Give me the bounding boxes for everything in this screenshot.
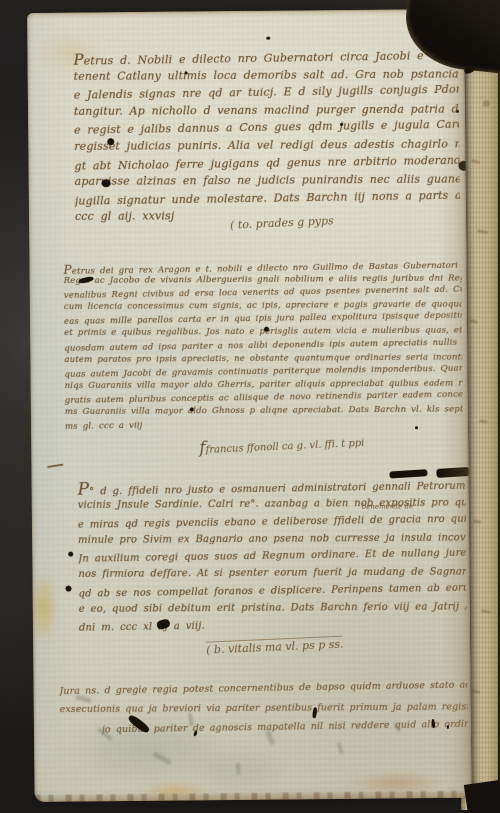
ink-blot bbox=[415, 426, 418, 429]
ink-blot bbox=[456, 110, 459, 113]
entry-3-text: P° d g. ffideli nro justo e osmanueri ad… bbox=[77, 477, 466, 636]
worn-bottom-edge bbox=[35, 791, 472, 802]
show-through-mark bbox=[337, 742, 344, 755]
show-through-mark bbox=[472, 689, 480, 694]
ink-blot bbox=[102, 179, 111, 187]
chancery-subscription-3: ( b. vitalis ma vl. ps p ss. bbox=[206, 636, 344, 657]
interlinear-insertion: benemerite de bbox=[362, 502, 414, 510]
show-through-mark bbox=[152, 751, 172, 765]
ink-blot bbox=[185, 71, 188, 74]
show-through-mark bbox=[479, 420, 488, 424]
binding-cover-bottom-corner bbox=[464, 779, 500, 813]
show-through-mark bbox=[477, 229, 488, 234]
show-through-mark bbox=[481, 609, 491, 614]
show-through-mark bbox=[483, 100, 490, 107]
manuscript-page: Petrus d. Nobili e dilecto nro Gubernato… bbox=[27, 9, 472, 802]
ink-blot bbox=[264, 327, 269, 332]
show-through-mark bbox=[470, 319, 478, 324]
ink-blot bbox=[447, 725, 449, 729]
ink-blot bbox=[107, 138, 114, 145]
entry-1-text: Petrus d. Nobili e dilecto nro Gubernato… bbox=[73, 47, 460, 227]
ink-blot bbox=[266, 37, 270, 40]
ink-blot bbox=[340, 123, 343, 126]
ink-blot bbox=[68, 552, 73, 557]
ink-blot bbox=[190, 407, 194, 411]
entry-2-text: Petrus dei gra rex Aragon e t. nobili e … bbox=[63, 259, 463, 433]
show-through-mark bbox=[471, 159, 480, 164]
show-through-mark bbox=[473, 519, 481, 523]
entry-4-text: Jura ns. d gregie regia potest concernen… bbox=[59, 677, 468, 739]
manuscript-photo: Petrus d. Nobili e dilecto nro Gubernato… bbox=[0, 0, 500, 813]
show-through-mark bbox=[236, 763, 241, 775]
ink-blot bbox=[65, 586, 71, 592]
chancery-subscription-2: ffrancus ffonoll ca g. vl. ffi. t ppi bbox=[199, 431, 365, 458]
